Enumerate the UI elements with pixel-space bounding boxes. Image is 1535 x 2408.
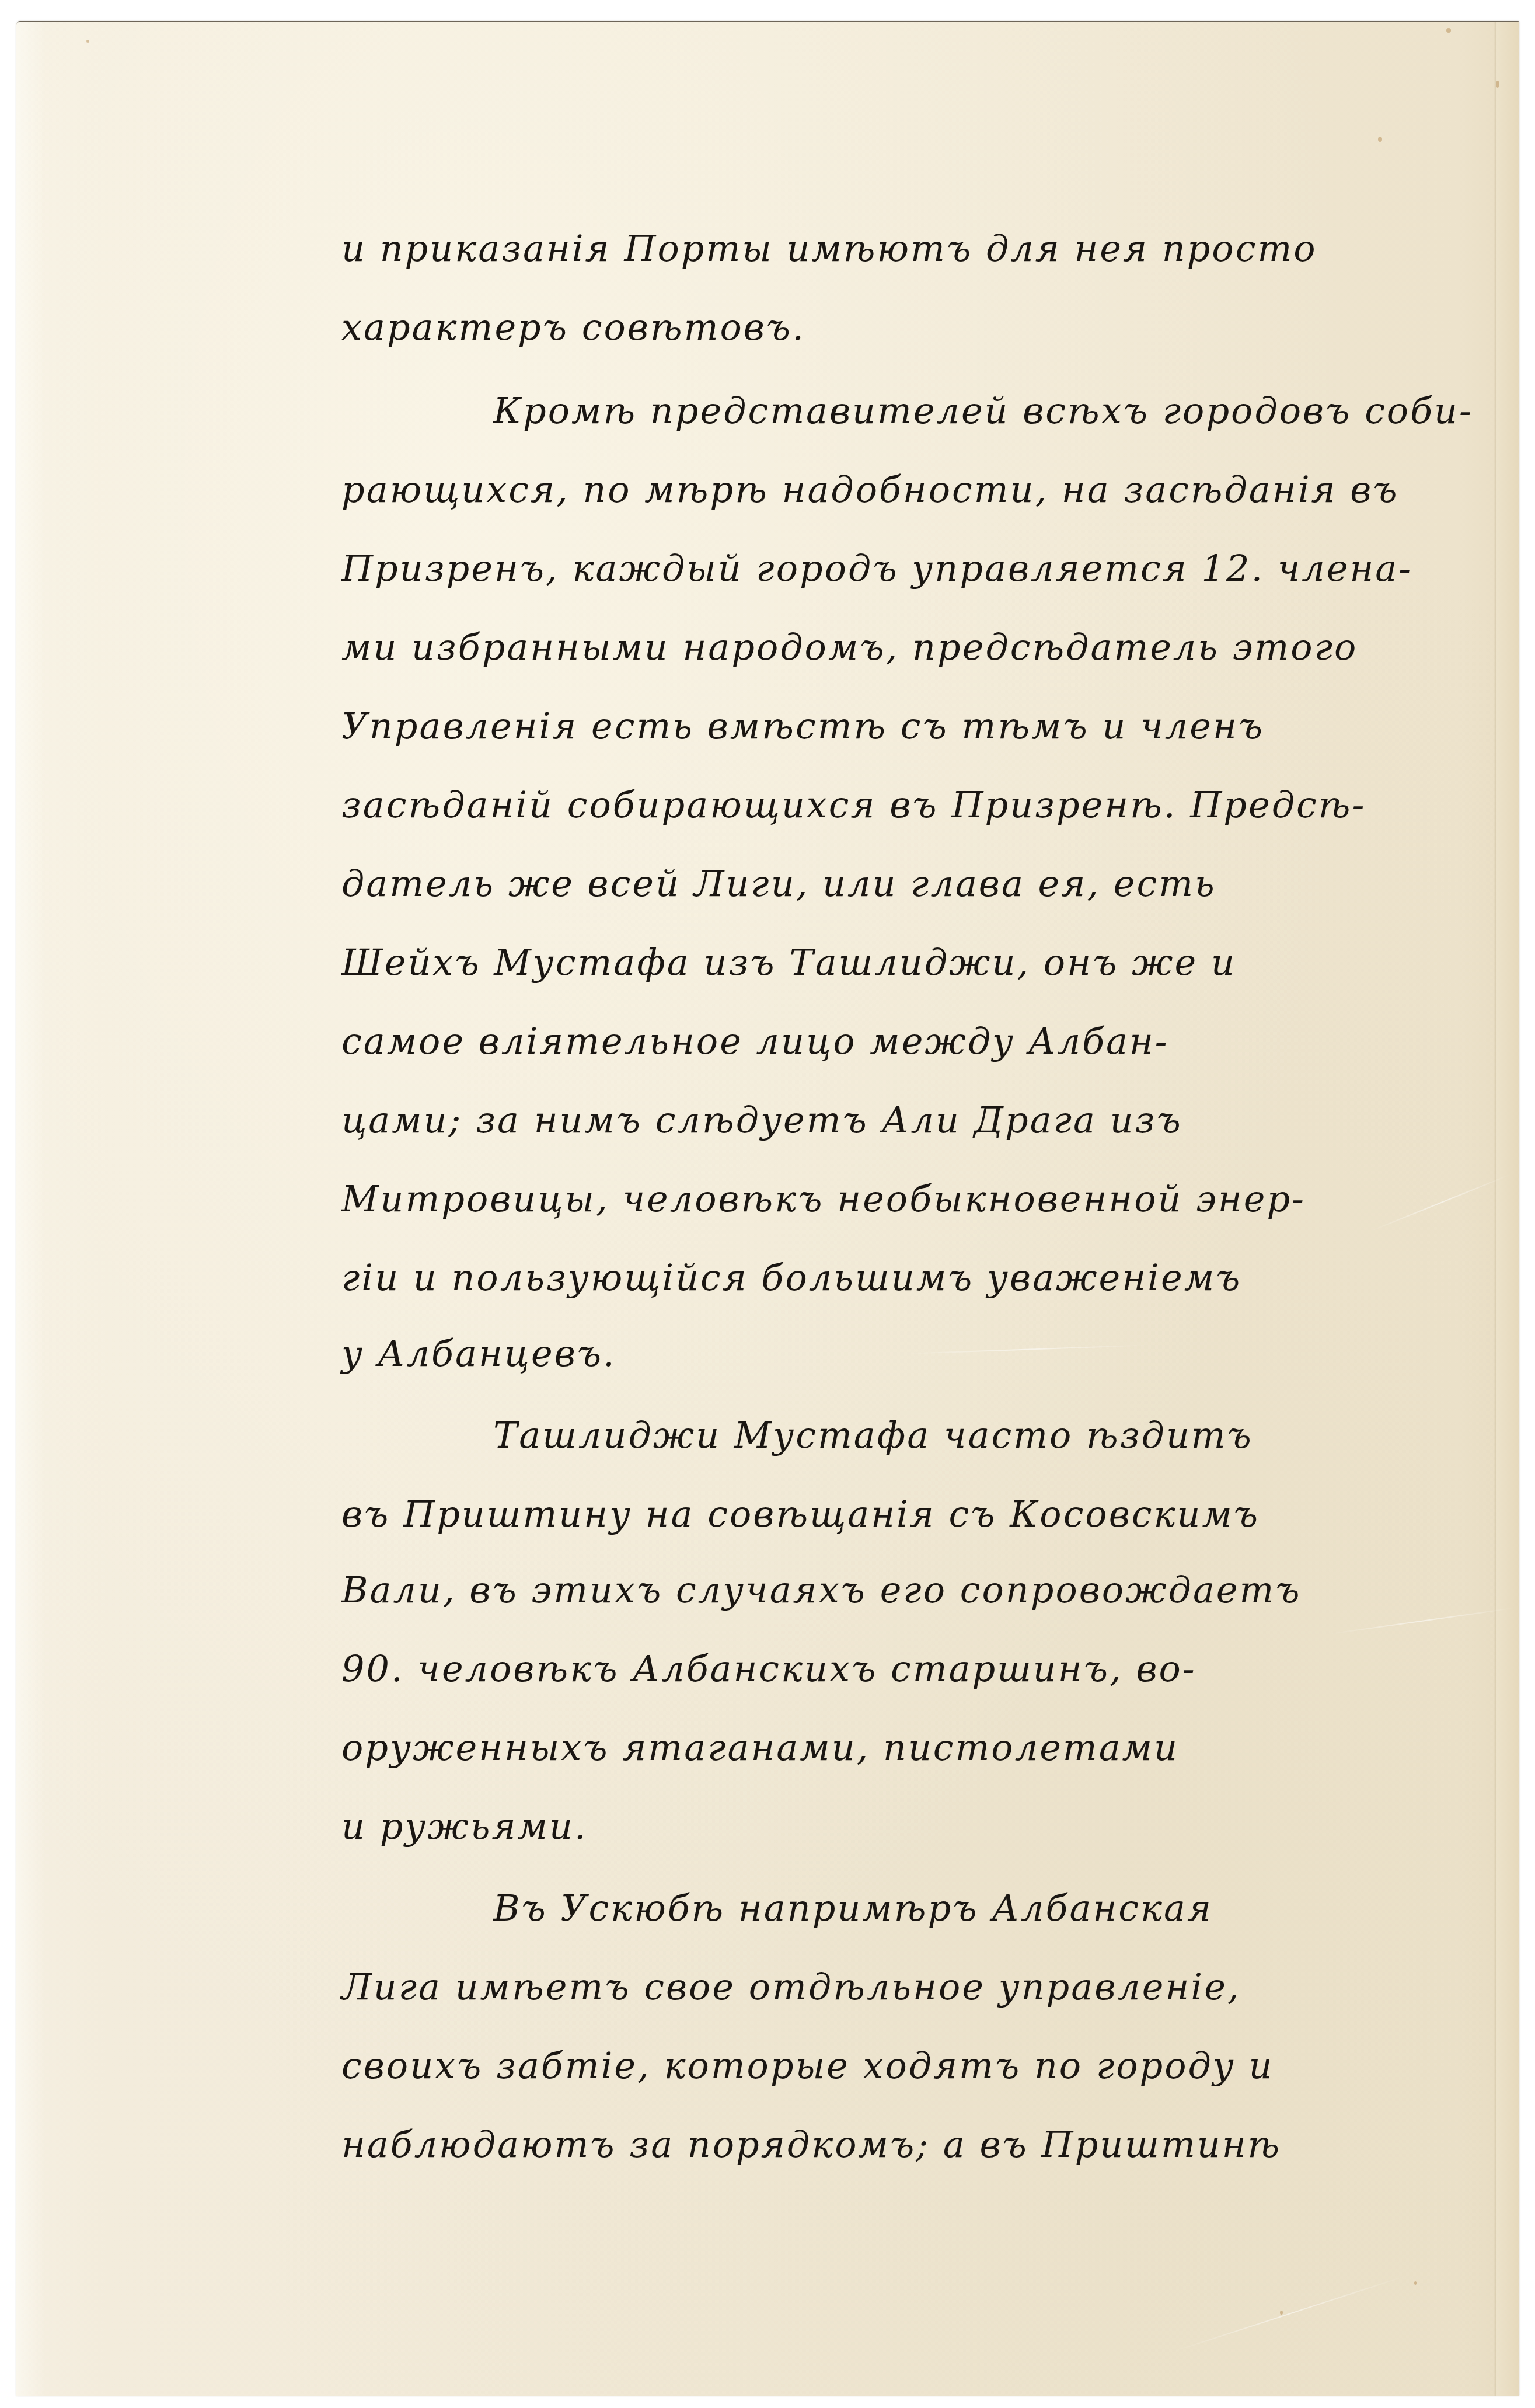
foxing-spot [1414,2281,1417,2285]
foxing-spot [1446,28,1451,33]
text-line: цами; за нимъ слѣдуетъ Али Драга изъ [341,1102,1182,1138]
text-line: оруженныхъ ятаганами, пистолетами [341,1730,1179,1766]
text-line: датель же всей Лиги, или глава ея, есть [341,866,1216,902]
text-line: у Албанцевъ. [341,1336,616,1372]
foxing-spot [1496,81,1499,88]
text-line: и приказанія Порты имѣютъ для нея просто [341,231,1317,267]
text-line: и ружьями. [341,1808,588,1845]
text-line: Въ Ускюбѣ напримѣръ Албанская [493,1890,1213,1926]
text-line: въ Приштину на совѣщанія съ Косовскимъ [341,1496,1260,1532]
text-line: рающихся, по мѣрѣ надобности, на засѣдан… [341,472,1399,508]
text-line: характеръ совѣтовъ. [341,309,805,346]
text-line: Призренъ, каждый городъ управляется 12. … [341,550,1412,587]
paper-crease [1172,2275,1405,2353]
text-line: Кромѣ представителей всѣхъ городовъ соби… [493,393,1473,429]
text-line: самое вліятельное лицо между Албан- [341,1023,1169,1060]
foxing-spot [86,40,89,43]
foxing-spot [1378,137,1382,142]
text-line: Шейхъ Мустафа изъ Ташлиджи, онъ же и [341,945,1236,981]
paper-right-margin-strip [1496,22,1519,2396]
text-line: Вали, въ этихъ случаяхъ его сопровождает… [341,1572,1302,1608]
paper-crease [1330,1607,1515,1635]
text-line: засѣданій собирающихся въ Призренѣ. Пред… [341,787,1366,823]
text-line: Митровицы, человѣкъ необыкновенной энер- [341,1181,1306,1217]
foxing-spot [1280,2311,1283,2315]
text-line: своихъ забтіе, которые ходятъ по городу … [341,2048,1274,2084]
text-line: ми избранными народомъ, предсѣдатель это… [341,629,1358,665]
text-line: наблюдаютъ за порядкомъ; а въ Приштинѣ [341,2127,1281,2163]
paper-crease [903,1344,1149,1354]
text-line: Ташлиджи Мустафа часто ѣздитъ [493,1417,1253,1454]
text-line: гіи и пользующійся большимъ уваженіемъ [341,1260,1241,1296]
text-line: Лига имѣетъ свое отдѣльное управленіе, [341,1969,1241,2005]
paper-crease [1370,1174,1512,1232]
paper-left-edge [16,22,46,2396]
text-line: Управленія есть вмѣстѣ съ тѣмъ и членъ [341,708,1264,744]
text-line: 90. человѣкъ Албанскихъ старшинъ, во- [341,1651,1196,1687]
